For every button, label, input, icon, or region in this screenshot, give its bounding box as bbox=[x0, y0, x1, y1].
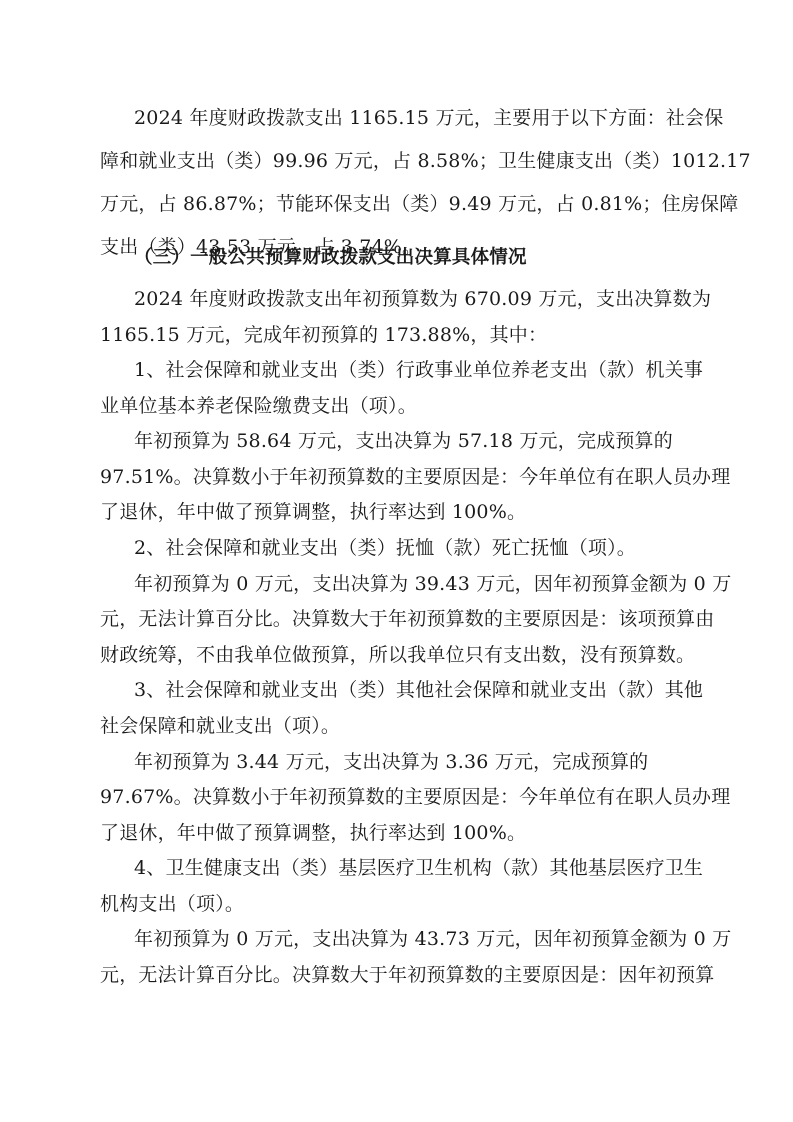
paragraph-line: 财政统筹，不由我单位做预算，所以我单位只有支出数，没有预算数。 bbox=[100, 643, 695, 667]
paragraph-line: 元，无法计算百分比。决算数大于年初预算数的主要原因是：因年初预算 bbox=[100, 963, 714, 987]
paragraph-line: 社会保障和就业支出（项）。 bbox=[100, 714, 340, 738]
paragraph-line: 2024 年度财政拨款支出 1165.15 万元，主要用于以下方面：社会保 bbox=[134, 106, 723, 130]
paragraph-line: 97.67%。决算数小于年初预算数的主要原因是：今年单位有在职人员办理 bbox=[100, 785, 730, 809]
paragraph-line: 年初预算为 3.44 万元，支出决算为 3.36 万元，完成预算的 bbox=[134, 750, 648, 774]
paragraph-line: 1165.15 万元，完成年初预算的 173.88%，其中： bbox=[100, 323, 547, 347]
paragraph-line: 3、社会保障和就业支出（类）其他社会保障和就业支出（款）其他 bbox=[134, 678, 703, 702]
paragraph-line: 机构支出（项）。 bbox=[100, 892, 244, 916]
paragraph-line: 1、社会保障和就业支出（类）行政事业单位养老支出（款）机关事 bbox=[134, 358, 703, 382]
document-page: 2024 年度财政拨款支出 1165.15 万元，主要用于以下方面：社会保障和就… bbox=[0, 0, 793, 1122]
paragraph-line: 2024 年度财政拨款支出年初预算数为 670.09 万元，支出决算数为 bbox=[134, 287, 711, 311]
paragraph-line: 了退休，年中做了预算调整，执行率达到 100%。 bbox=[100, 821, 526, 845]
paragraph-line: 障和就业支出（类）99.96 万元，占 8.58%；卫生健康支出（类）1012.… bbox=[100, 149, 751, 173]
section-heading: （三）一般公共预算财政拨款支出决算具体情况 bbox=[134, 246, 527, 270]
paragraph-line: 年初预算为 0 万元，支出决算为 43.73 万元，因年初预算金额为 0 万 bbox=[134, 927, 731, 951]
paragraph-line: 元，无法计算百分比。决算数大于年初预算数的主要原因是：该项预算由 bbox=[100, 607, 714, 631]
paragraph-line: 2、社会保障和就业支出（类）抚恤（款）死亡抚恤（项）。 bbox=[134, 536, 636, 560]
paragraph-line: 万元，占 86.87%；节能环保支出（类）9.49 万元，占 0.81%；住房保… bbox=[100, 192, 738, 216]
paragraph-line: 年初预算为 58.64 万元，支出决算为 57.18 万元，完成预算的 bbox=[134, 429, 673, 453]
paragraph-line: 了退休，年中做了预算调整，执行率达到 100%。 bbox=[100, 500, 526, 524]
paragraph-line: 97.51%。决算数小于年初预算数的主要原因是：今年单位有在职人员办理 bbox=[100, 465, 730, 489]
paragraph-line: 4、卫生健康支出（类）基层医疗卫生机构（款）其他基层医疗卫生 bbox=[134, 856, 703, 880]
paragraph-line: 年初预算为 0 万元，支出决算为 39.43 万元，因年初预算金额为 0 万 bbox=[134, 572, 731, 596]
paragraph-line: 业单位基本养老保险缴费支出（项）。 bbox=[100, 394, 417, 418]
